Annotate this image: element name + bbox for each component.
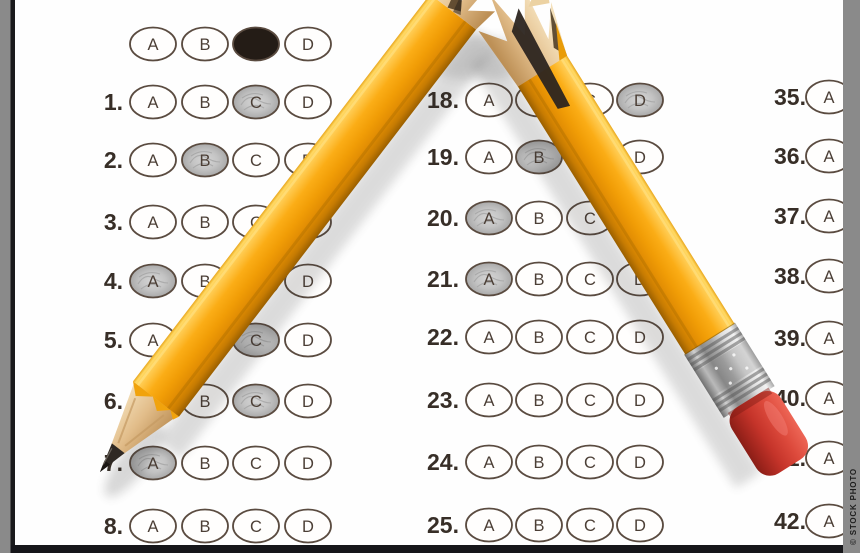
sheet-bottom-edge <box>11 545 844 553</box>
question-number-21: 21. <box>427 266 459 292</box>
question-number-6: 6. <box>104 388 123 414</box>
option-letter: C <box>250 94 262 112</box>
bubble-24-A: A <box>466 446 512 479</box>
question-number-3: 3. <box>104 209 123 235</box>
option-letter: D <box>302 455 314 473</box>
option-letter: A <box>147 273 158 291</box>
bubble-23-A: A <box>466 384 512 417</box>
option-letter: A <box>483 392 494 410</box>
bubble-23-D: D <box>617 384 663 417</box>
bubble-19-A: A <box>466 141 512 174</box>
bubble-25-A: A <box>466 509 512 542</box>
option-letter: A <box>147 214 158 232</box>
option-letter: A <box>147 152 158 170</box>
option-letter: A <box>823 208 834 226</box>
question-number-8: 8. <box>104 513 123 539</box>
bubble-4-A: A <box>130 265 176 298</box>
question-number-23: 23. <box>427 387 459 413</box>
option-letter: A <box>483 210 494 228</box>
option-letter: C <box>584 271 596 289</box>
question-number-25: 25. <box>427 512 459 538</box>
option-letter: B <box>199 94 210 112</box>
option-letter: C <box>250 152 262 170</box>
option-letter: B <box>533 454 544 472</box>
question-number-42: 42. <box>774 508 806 534</box>
bubble-2-B: B <box>182 144 228 177</box>
bubble-18-D: D <box>617 84 663 117</box>
question-number-20: 20. <box>427 205 459 231</box>
option-letter: A <box>147 518 158 536</box>
question-number-35: 35. <box>774 84 806 110</box>
bubble-25-B: B <box>516 509 562 542</box>
bubble-3-A: A <box>130 206 176 239</box>
question-number-38: 38. <box>774 263 806 289</box>
option-letter: C <box>584 329 596 347</box>
option-letter: A <box>823 330 834 348</box>
bubble-example-C <box>233 28 279 61</box>
option-letter: D <box>634 517 646 535</box>
bubble-outline <box>233 28 279 61</box>
question-number-5: 5. <box>104 327 123 353</box>
bubble-20-B: B <box>516 202 562 235</box>
option-letter: B <box>199 152 210 170</box>
backdrop-left-strip <box>0 0 11 553</box>
option-letter: B <box>199 214 210 232</box>
scene-svg: ABD1.ABCD2.ABCD3.ABCD4.ABCD5.ABCD6.ABCD7… <box>0 0 860 553</box>
option-letter: A <box>823 89 834 107</box>
bubble-1-D: D <box>285 86 331 119</box>
bubble-7-D: D <box>285 447 331 480</box>
bubble-8-A: A <box>130 510 176 543</box>
bubble-3-B: B <box>182 206 228 239</box>
question-number-4: 4. <box>104 268 123 294</box>
option-letter: C <box>584 392 596 410</box>
question-number-37: 37. <box>774 203 806 229</box>
option-letter: A <box>483 329 494 347</box>
bubble-5-D: D <box>285 324 331 357</box>
bubble-25-D: D <box>617 509 663 542</box>
option-letter: B <box>533 329 544 347</box>
option-letter: C <box>584 454 596 472</box>
option-letter: B <box>533 392 544 410</box>
option-letter: B <box>533 271 544 289</box>
option-letter: C <box>250 518 262 536</box>
sheet-left-edge <box>11 0 16 553</box>
option-letter: A <box>147 36 158 54</box>
question-number-1: 1. <box>104 89 123 115</box>
option-letter: A <box>483 517 494 535</box>
option-letter: D <box>302 94 314 112</box>
bubble-8-C: C <box>233 510 279 543</box>
bubble-20-A: A <box>466 202 512 235</box>
question-number-2: 2. <box>104 147 123 173</box>
bubble-24-D: D <box>617 446 663 479</box>
bubble-2-A: A <box>130 144 176 177</box>
option-letter: B <box>199 36 210 54</box>
option-letter: D <box>634 92 646 110</box>
photo-answer-sheet-scene: ABD1.ABCD2.ABCD3.ABCD4.ABCD5.ABCD6.ABCD7… <box>0 0 860 553</box>
bubble-example-B: B <box>182 28 228 61</box>
bubble-example-A: A <box>130 28 176 61</box>
bubble-22-C: C <box>567 321 613 354</box>
option-letter: B <box>533 517 544 535</box>
option-letter: A <box>823 450 834 468</box>
bubble-8-D: D <box>285 510 331 543</box>
bubble-1-B: B <box>182 86 228 119</box>
option-letter: D <box>302 332 314 350</box>
bubble-7-C: C <box>233 447 279 480</box>
stock-photo-watermark: © STOCK PHOTO <box>849 468 858 545</box>
option-letter: A <box>147 332 158 350</box>
option-letter: B <box>199 518 210 536</box>
bubble-example-D: D <box>285 28 331 61</box>
question-number-36: 36. <box>774 143 806 169</box>
bubble-24-B: B <box>516 446 562 479</box>
question-number-22: 22. <box>427 324 459 350</box>
bubble-23-C: C <box>567 384 613 417</box>
option-letter: D <box>634 392 646 410</box>
bubble-1-A: A <box>130 86 176 119</box>
question-number-24: 24. <box>427 449 459 475</box>
option-letter: A <box>483 454 494 472</box>
bubble-2-C: C <box>233 144 279 177</box>
option-letter: B <box>199 455 210 473</box>
option-letter: D <box>302 36 314 54</box>
option-letter: D <box>634 149 646 167</box>
bubble-24-C: C <box>567 446 613 479</box>
bubble-25-C: C <box>567 509 613 542</box>
bubble-1-C: C <box>233 86 279 119</box>
option-letter: D <box>634 454 646 472</box>
option-letter: A <box>823 390 834 408</box>
option-letter: C <box>250 393 262 411</box>
bubble-22-B: B <box>516 321 562 354</box>
option-letter: B <box>533 210 544 228</box>
bubble-6-D: D <box>285 385 331 418</box>
option-letter: D <box>302 518 314 536</box>
bubble-23-B: B <box>516 384 562 417</box>
option-letter: A <box>483 149 494 167</box>
option-letter: A <box>823 513 834 531</box>
option-letter: C <box>584 517 596 535</box>
question-number-39: 39. <box>774 325 806 351</box>
option-letter: C <box>250 455 262 473</box>
bubble-22-A: A <box>466 321 512 354</box>
option-letter: A <box>483 271 494 289</box>
bubble-21-B: B <box>516 263 562 296</box>
bubble-21-A: A <box>466 263 512 296</box>
option-letter: A <box>823 268 834 286</box>
bubble-6-C: C <box>233 385 279 418</box>
bubble-7-B: B <box>182 447 228 480</box>
question-number-19: 19. <box>427 144 459 170</box>
option-letter: A <box>147 94 158 112</box>
option-letter: D <box>302 393 314 411</box>
option-letter: A <box>823 148 834 166</box>
bubble-8-B: B <box>182 510 228 543</box>
